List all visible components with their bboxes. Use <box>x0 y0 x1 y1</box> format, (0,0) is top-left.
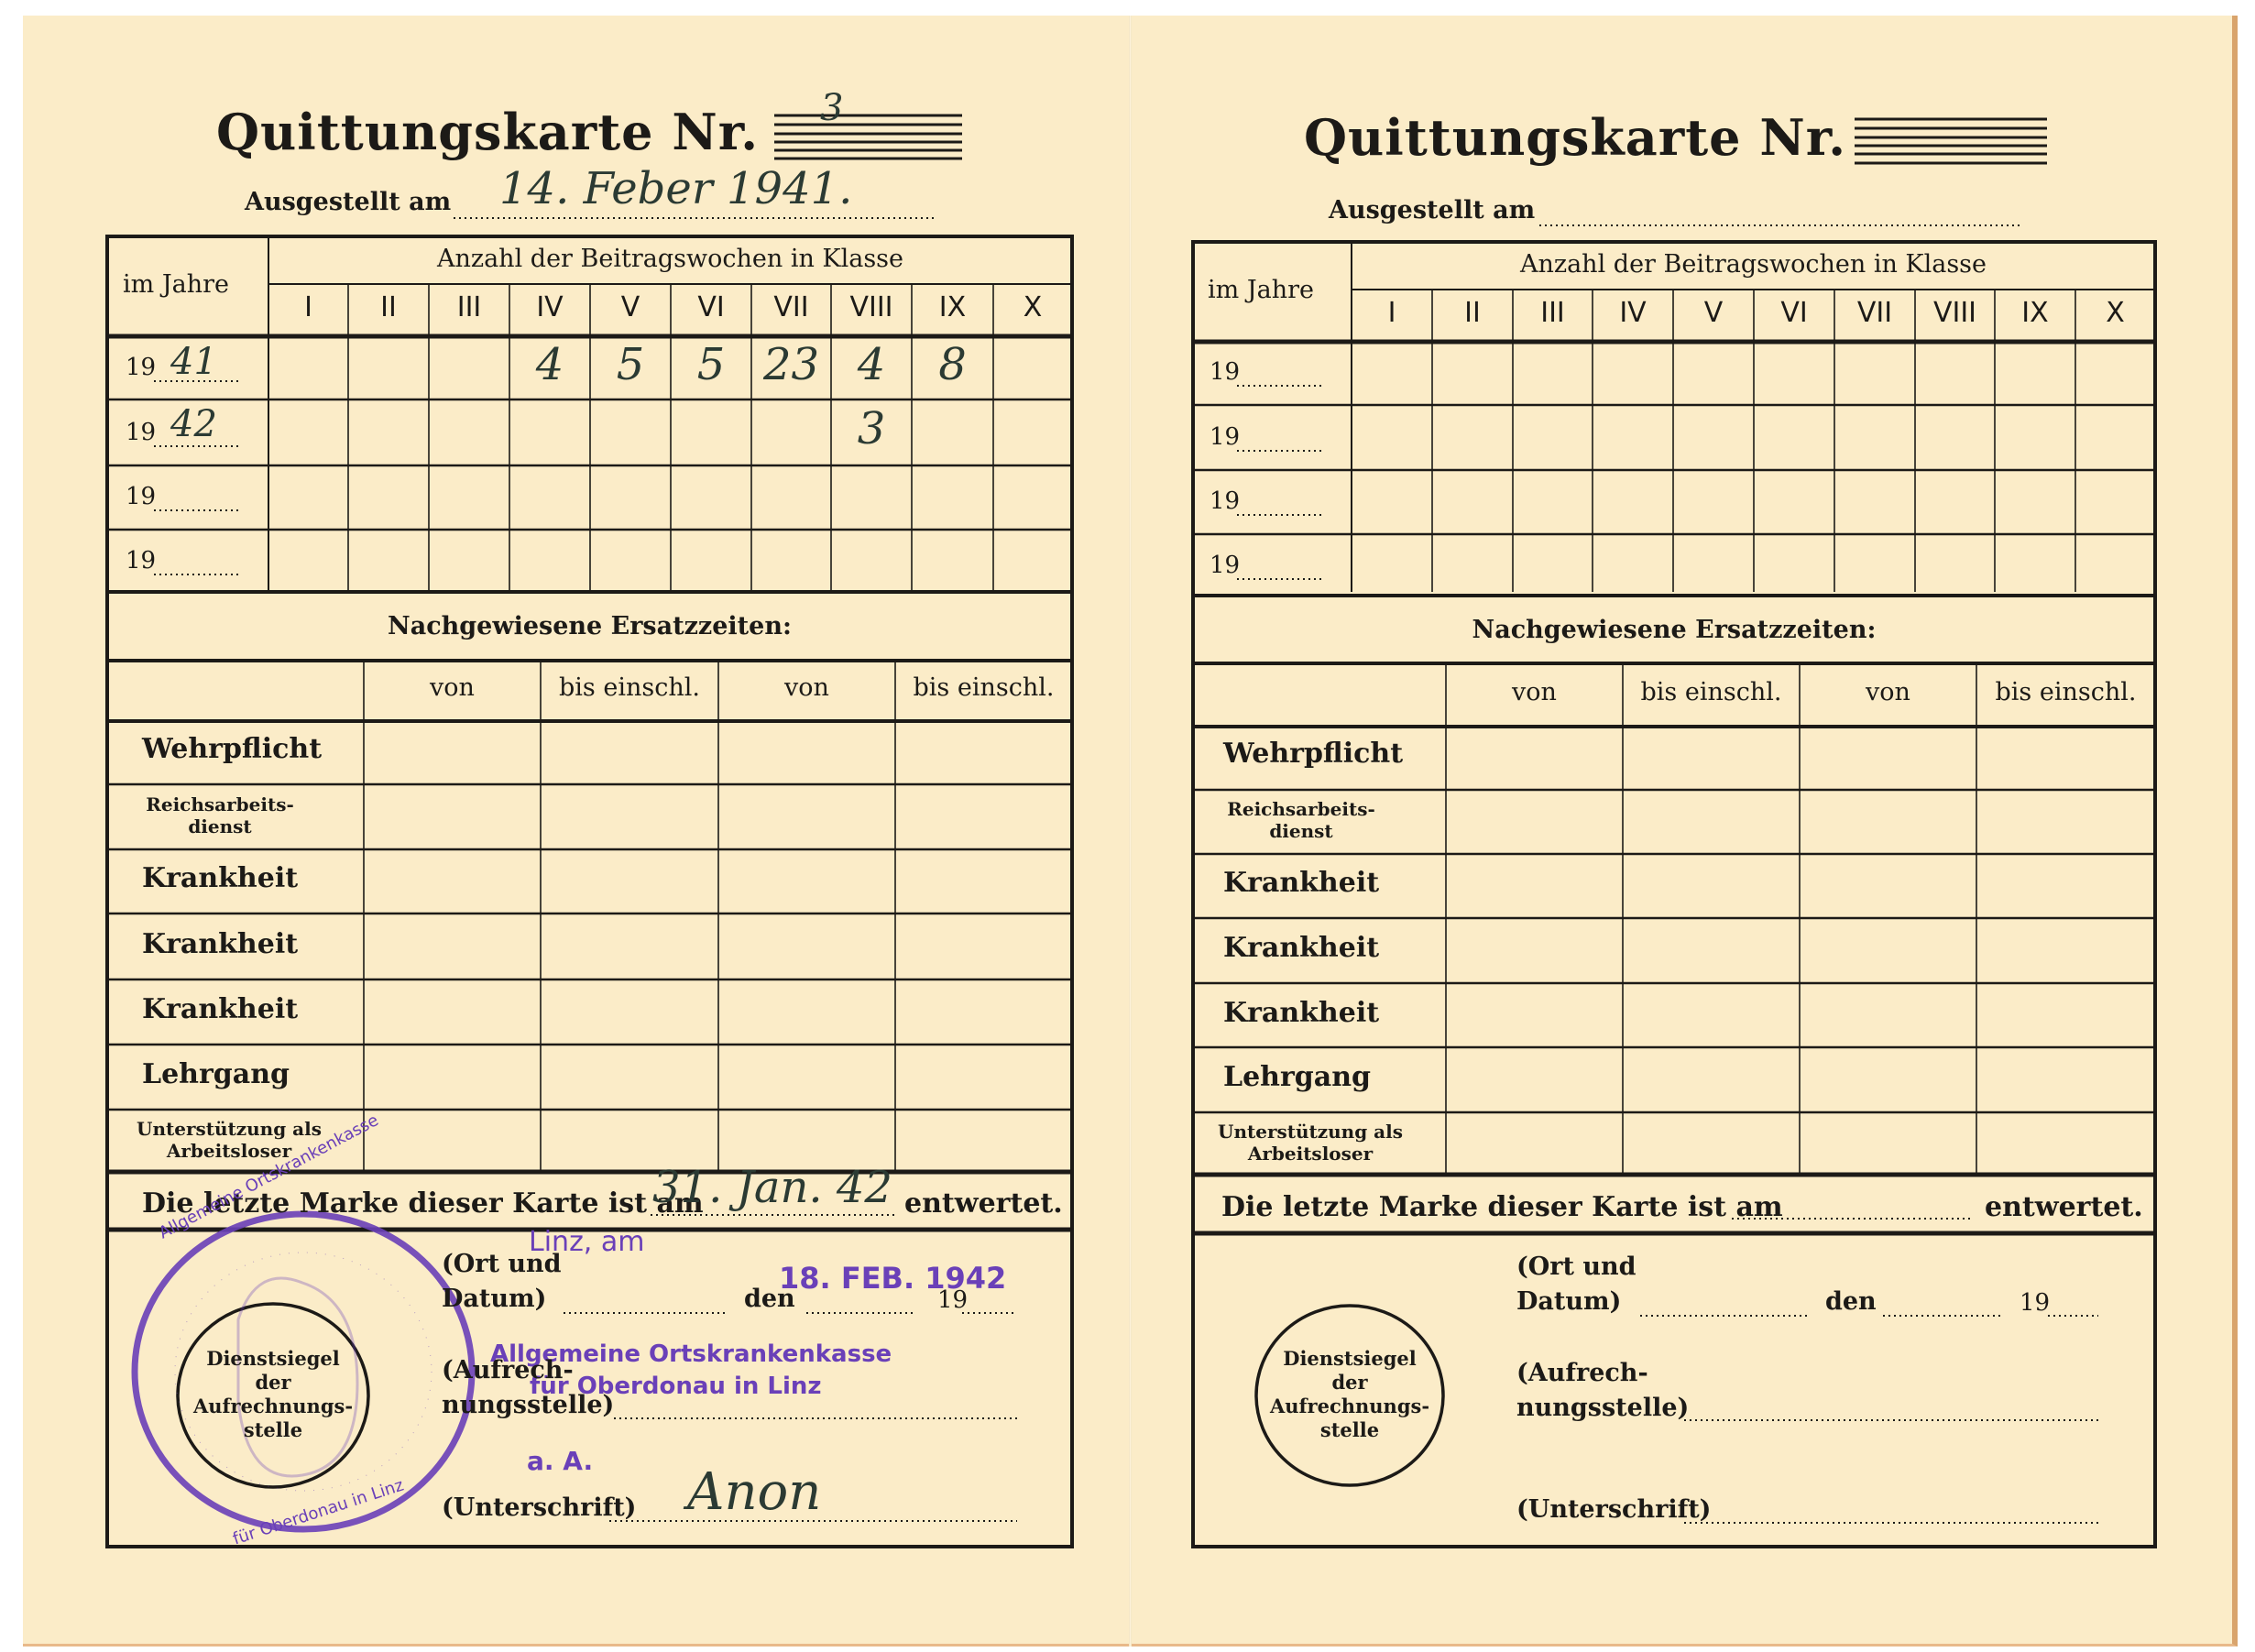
place-date-label-1: (Ort und <box>442 1250 562 1278</box>
class-header-IX: IX <box>912 291 993 323</box>
cell-1941-VI[interactable]: 5 <box>671 339 751 390</box>
class-header-IV: IV <box>1593 297 1673 329</box>
cell-1941-V[interactable]: 5 <box>590 339 671 390</box>
row-label-krankheit-1: Krankheit <box>1223 867 1379 899</box>
year-column-header: im Jahre <box>123 270 229 299</box>
year-prefix-2: 19 <box>1210 423 1240 451</box>
col-bis-1: bis einschl. <box>1623 678 1800 706</box>
col-von-1: von <box>1446 678 1623 706</box>
official-seal-label: Dienstsiegel der Aufrechnungs-stelle <box>192 1347 354 1442</box>
col-von-2: von <box>1800 678 1976 706</box>
cell-1941-IX[interactable]: 8 <box>912 339 993 390</box>
row-label-krankheit-1: Krankheit <box>142 862 298 894</box>
issued-date-field[interactable]: 14. Feber 1941. <box>499 163 852 214</box>
official-seal-label: Dienstsiegel der Aufrechnungs-stelle <box>1269 1347 1430 1442</box>
col-von-2: von <box>718 673 895 702</box>
last-stamp-prefix: Die letzte Marke dieser Karte ist am <box>1221 1191 1783 1223</box>
row-label-lehrgang: Lehrgang <box>142 1058 290 1090</box>
class-header-X: X <box>993 291 1072 323</box>
last-stamp-suffix: entwertet. <box>1985 1191 2143 1223</box>
class-header-VIII: VIII <box>831 291 912 323</box>
office-label-2: nungsstelle) <box>1516 1394 1689 1422</box>
last-stamp-suffix: entwertet. <box>904 1187 1063 1220</box>
office-label-1: (Aufrech- <box>442 1356 574 1384</box>
class-header-VII: VII <box>1834 297 1915 329</box>
signature-label: (Unterschrift) <box>1516 1495 1711 1524</box>
substitute-periods-title: Nachgewiesene Ersatzzeiten: <box>1193 616 2155 644</box>
place-date-label-2: Datum) <box>442 1285 546 1313</box>
row-label-unterstuetzung: Unterstützung als Arbeitsloser <box>1210 1121 1411 1165</box>
class-header-VI: VI <box>1754 297 1834 329</box>
year-prefix-3: 19 <box>126 483 156 510</box>
year-prefix-1: 19 <box>1210 358 1240 386</box>
substitute-periods-title: Nachgewiesene Ersatzzeiten: <box>107 612 1072 640</box>
card-title: Quittungskarte Nr. <box>216 103 759 161</box>
row-label-reichsarbeitsdienst: Reichsarbeits-dienst <box>128 793 312 837</box>
class-header-V: V <box>1673 297 1754 329</box>
class-header-III: III <box>1513 297 1593 329</box>
class-group-header: Anzahl der Beitragswochen in Klasse <box>268 245 1072 273</box>
class-header-V: V <box>590 291 671 323</box>
cell-1941-IV[interactable]: 4 <box>509 339 590 390</box>
year-prefix-4: 19 <box>126 547 156 574</box>
row-label-krankheit-2: Krankheit <box>1223 932 1379 964</box>
cell-1941-VII[interactable]: 23 <box>751 339 831 390</box>
class-header-II: II <box>348 291 429 323</box>
class-header-III: III <box>429 291 509 323</box>
class-header-VIII: VIII <box>1915 297 1995 329</box>
cell-1942-VIII[interactable]: 3 <box>831 403 912 454</box>
year-column-header: im Jahre <box>1208 276 1314 304</box>
class-header-IX: IX <box>1995 297 2075 329</box>
row-label-wehrpflicht: Wehrpflicht <box>1223 738 1403 770</box>
den-label: den <box>744 1285 795 1313</box>
col-von-1: von <box>364 673 541 702</box>
row-label-krankheit-2: Krankheit <box>142 928 298 960</box>
row-label-krankheit-3: Krankheit <box>142 993 298 1025</box>
col-bis-2: bis einschl. <box>895 673 1072 702</box>
row-label-wehrpflicht: Wehrpflicht <box>142 733 322 765</box>
year-value-2[interactable]: 42 <box>170 403 217 445</box>
row-label-krankheit-3: Krankheit <box>1223 997 1379 1029</box>
year-prefix-date: 19 <box>2020 1289 2050 1317</box>
place-date-label-1: (Ort und <box>1516 1253 1637 1281</box>
stamp-date: 18. FEB. 1942 <box>779 1261 1006 1296</box>
issued-label: Ausgestellt am <box>245 188 451 216</box>
signature-field[interactable]: Anon <box>687 1462 821 1522</box>
issued-label: Ausgestellt am <box>1329 196 1535 224</box>
class-header-VI: VI <box>671 291 751 323</box>
year-prefix-3: 19 <box>1210 487 1240 515</box>
signature-label: (Unterschrift) <box>442 1493 636 1522</box>
class-group-header: Anzahl der Beitragswochen in Klasse <box>1352 250 2155 279</box>
office-label-2: nungsstelle) <box>442 1391 614 1419</box>
last-stamp-date-field[interactable]: 31. Jan. 42 <box>652 1162 892 1213</box>
class-header-VII: VII <box>751 291 831 323</box>
year-prefix-4: 19 <box>1210 552 1240 579</box>
year-prefix-date: 19 <box>937 1286 968 1314</box>
row-label-lehrgang: Lehrgang <box>1223 1061 1371 1093</box>
class-header-I: I <box>1352 297 1432 329</box>
year-prefix-1: 19 <box>126 354 156 381</box>
on-behalf-stamp: a. A. <box>527 1446 593 1476</box>
year-value-1[interactable]: 41 <box>170 341 217 383</box>
place-date-label-2: Datum) <box>1516 1287 1621 1316</box>
card-title: Quittungskarte Nr. <box>1304 108 1846 167</box>
class-header-IV: IV <box>509 291 590 323</box>
den-label: den <box>1825 1287 1877 1316</box>
class-header-I: I <box>268 291 348 323</box>
col-bis-2: bis einschl. <box>1976 678 2155 706</box>
office-label-1: (Aufrech- <box>1516 1359 1648 1387</box>
col-bis-1: bis einschl. <box>541 673 718 702</box>
row-label-reichsarbeitsdienst: Reichsarbeits-dienst <box>1210 798 1393 842</box>
cell-1941-VIII[interactable]: 4 <box>831 339 912 390</box>
year-prefix-2: 19 <box>126 419 156 446</box>
class-header-II: II <box>1432 297 1513 329</box>
class-header-X: X <box>2075 297 2155 329</box>
card-number-value[interactable]: 3 <box>820 87 843 129</box>
